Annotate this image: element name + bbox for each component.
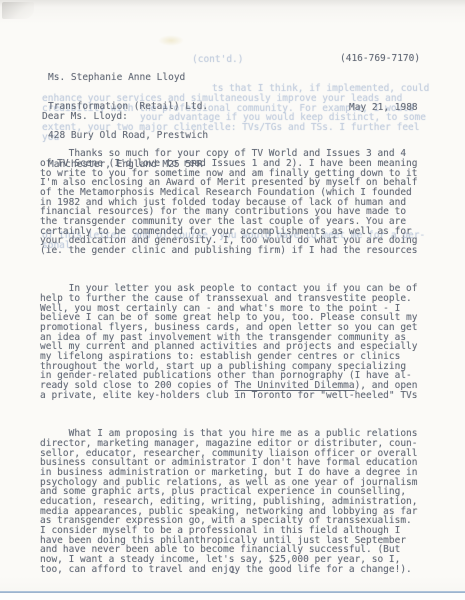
- phone-number: (416-769-7170): [340, 54, 420, 64]
- paragraph-2-text: In your letter you ask people to contact…: [40, 283, 418, 391]
- scan-top-edge-shade: [0, 0, 465, 7]
- scan-corner-shadow: [2, 2, 34, 19]
- paragraph-3: What I am proposing is that you hire me …: [40, 429, 426, 574]
- page-number: 1: [0, 566, 465, 576]
- letter-page: (cont'd.) ts that I think, if implemente…: [0, 0, 465, 600]
- paragraph-1: Thanks so much for your copy of TV World…: [40, 149, 426, 255]
- scan-bottom-margin: [0, 593, 465, 600]
- paper-smudge: [158, 35, 184, 46]
- letter-date: May 21, 1988: [349, 103, 418, 113]
- ghost-bleed-line: ts that I think, if implemented, could: [212, 84, 429, 94]
- recipient-name: Ms. Stephanie Anne Lloyd: [48, 73, 208, 83]
- letter-body: Thanks so much for your copy of TV World…: [40, 130, 426, 593]
- salutation: Dear Ms. Lloyd:: [42, 112, 128, 122]
- paragraph-2: In your letter you ask people to contact…: [40, 284, 426, 400]
